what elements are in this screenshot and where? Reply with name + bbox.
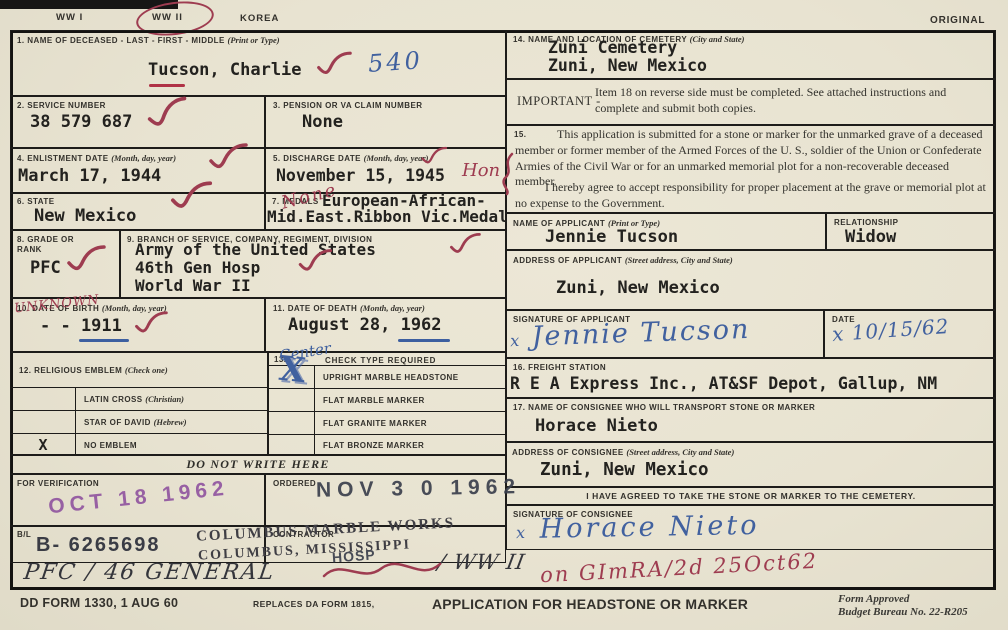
flat-bronze-checkbox (269, 435, 315, 456)
box4-label: 4. ENLISTMENT DATE (Month, day, year) (17, 153, 176, 163)
latin-cross-checkbox (11, 388, 76, 410)
for-verification-label: FOR VERIFICATION (17, 479, 99, 488)
type-row-flat-marble: FLAT MARBLE MARKER (269, 388, 505, 411)
blue-underline (79, 339, 129, 342)
enlistment-date-value: March 17, 1944 (18, 166, 161, 186)
red-scribble-icon (322, 556, 442, 584)
red-check-icon (66, 244, 106, 274)
freight-station-value: R E A Express Inc., AT&SF Depot, Gallup,… (510, 374, 937, 393)
red-scribble-icon (498, 152, 518, 196)
box15-certification: 15. This application is submitted for a … (506, 125, 996, 213)
do-not-write-label: DO NOT WRITE HERE (186, 457, 329, 472)
form-title: APPLICATION FOR HEADSTONE OR MARKER (432, 596, 748, 612)
applicant-address-label: ADDRESS OF APPLICANT (Street address, Ci… (513, 255, 733, 265)
header-ww1: WW I (56, 12, 83, 23)
box13-label: CHECK TYPE REQUIRED (325, 356, 436, 365)
red-check-icon (158, 180, 224, 212)
box15-paragraph-2: I hereby agree to accept responsibility … (515, 180, 989, 212)
type-row-flat-bronze: FLAT BRONZE MARKER (269, 434, 505, 456)
red-check-icon (446, 232, 484, 256)
important-label: IMPORTANT - (517, 93, 601, 110)
ordered-date-stamp: NOV 3 0 1962 (316, 475, 521, 503)
blue-540-annotation: 540 (367, 46, 424, 78)
box2-label: 2. SERVICE NUMBER (17, 101, 106, 110)
red-check-icon (290, 248, 340, 274)
emblem-row-latin-cross: LATIN CROSS (Christian) (11, 387, 267, 410)
box6-label: 6. STATE (17, 197, 55, 206)
important-text: Item 18 on reverse side must be complete… (595, 85, 987, 117)
replaces-note: REPLACES DA FORM 1815, (253, 599, 375, 609)
form-approved-line2: Budget Bureau No. 22-R205 (838, 606, 968, 618)
branch-line-3: World War II (135, 276, 251, 295)
pencil-note-bottom-left: PFC / 46 GENERAL (22, 560, 277, 585)
red-check-icon (134, 310, 168, 336)
consignee-signature-value: x Horace Nieto (516, 510, 760, 545)
box11-label: 11. DATE OF DEATH (Month, day, year) (273, 303, 425, 313)
blue-x-check-mark: X (277, 349, 307, 392)
box1-label: 1. NAME OF DECEASED - LAST - FIRST - MID… (17, 35, 280, 45)
bl-number-stamp: B- 6265698 (36, 534, 161, 557)
box17-label: 17. NAME OF CONSIGNEE WHO WILL TRANSPORT… (513, 403, 815, 412)
flat-marble-checkbox (269, 389, 315, 411)
discharge-date-value: November 15, 1945 (276, 166, 445, 185)
form-number: DD FORM 1330, 1 AUG 60 (20, 596, 178, 610)
agreement-text: I HAVE AGREED TO TAKE THE STONE OR MARKE… (586, 491, 916, 501)
service-number-value: 38 579 687 (30, 112, 132, 132)
birth-date-value: - - 1911 (40, 316, 122, 336)
star-of-david-checkbox (11, 411, 76, 433)
cemetery-line-2: Zuni, New Mexico (548, 56, 707, 75)
grade-rank-value: PFC (30, 258, 61, 278)
pension-claim-value: None (302, 112, 343, 132)
deceased-name-value: Tucson, Charlie (148, 60, 302, 80)
relationship-label: RELATIONSHIP (834, 218, 898, 227)
no-emblem-checkbox: X (11, 434, 76, 456)
header-ww2: WW II (152, 12, 183, 23)
box5-label: 5. DISCHARGE DATE (Month, day, year) (273, 153, 429, 163)
box3-label: 3. PENSION OR VA CLAIM NUMBER (273, 101, 423, 110)
medals-value-line2: Mid.East.Ribbon Vic.Medal (267, 207, 508, 226)
bl-label: B/L (17, 530, 31, 539)
branch-line-2: 46th Gen Hosp (135, 258, 260, 277)
box12-religious-emblem: 12. RELIGIOUS EMBLEM (Check one) LATIN C… (10, 352, 268, 455)
consignee-address-value: Zuni, New Mexico (540, 460, 709, 480)
consignee-address-label: ADDRESS OF CONSIGNEE (Street address, Ci… (512, 447, 734, 457)
red-check-icon (144, 94, 189, 132)
form-approved-line1: Form Approved (838, 593, 909, 605)
red-check-icon (316, 50, 352, 78)
blue-underline (398, 339, 450, 342)
ww2-pencil-note: / WW II (436, 550, 527, 574)
emblem-row-star-of-david: STAR OF DAVID (Hebrew) (11, 410, 267, 433)
flat-granite-checkbox (269, 412, 315, 434)
header-korea: KOREA (240, 13, 279, 24)
agreement-band: I HAVE AGREED TO TAKE THE STONE OR MARKE… (506, 487, 996, 505)
cemetery-line-1: Zuni Cemetery (548, 38, 677, 57)
emblem-row-no-emblem: X NO EMBLEM (11, 433, 267, 456)
relationship-value: Widow (845, 227, 896, 247)
applicant-address-value: Zuni, New Mexico (556, 278, 720, 298)
hon-annotation: Hon (462, 160, 500, 181)
box12-label: 12. RELIGIOUS EMBLEM (Check one) (19, 365, 168, 375)
header-original: ORIGINAL (930, 15, 985, 26)
death-date-value: August 28, 1962 (288, 315, 442, 335)
do-not-write-band: DO NOT WRITE HERE (10, 455, 506, 474)
type-row-flat-granite: FLAT GRANITE MARKER (269, 411, 505, 434)
state-value: New Mexico (34, 206, 136, 226)
red-underline (149, 84, 185, 87)
ordered-label: ORDERED (273, 479, 316, 488)
consignee-name-value: Horace Nieto (535, 416, 658, 436)
box16-label: 16. FREIGHT STATION (513, 363, 606, 372)
red-check-icon (420, 146, 448, 166)
important-notice-box: IMPORTANT - Item 18 on reverse side must… (506, 79, 996, 125)
applicant-name-value: Jennie Tucson (545, 227, 678, 247)
red-check-icon (208, 142, 248, 172)
